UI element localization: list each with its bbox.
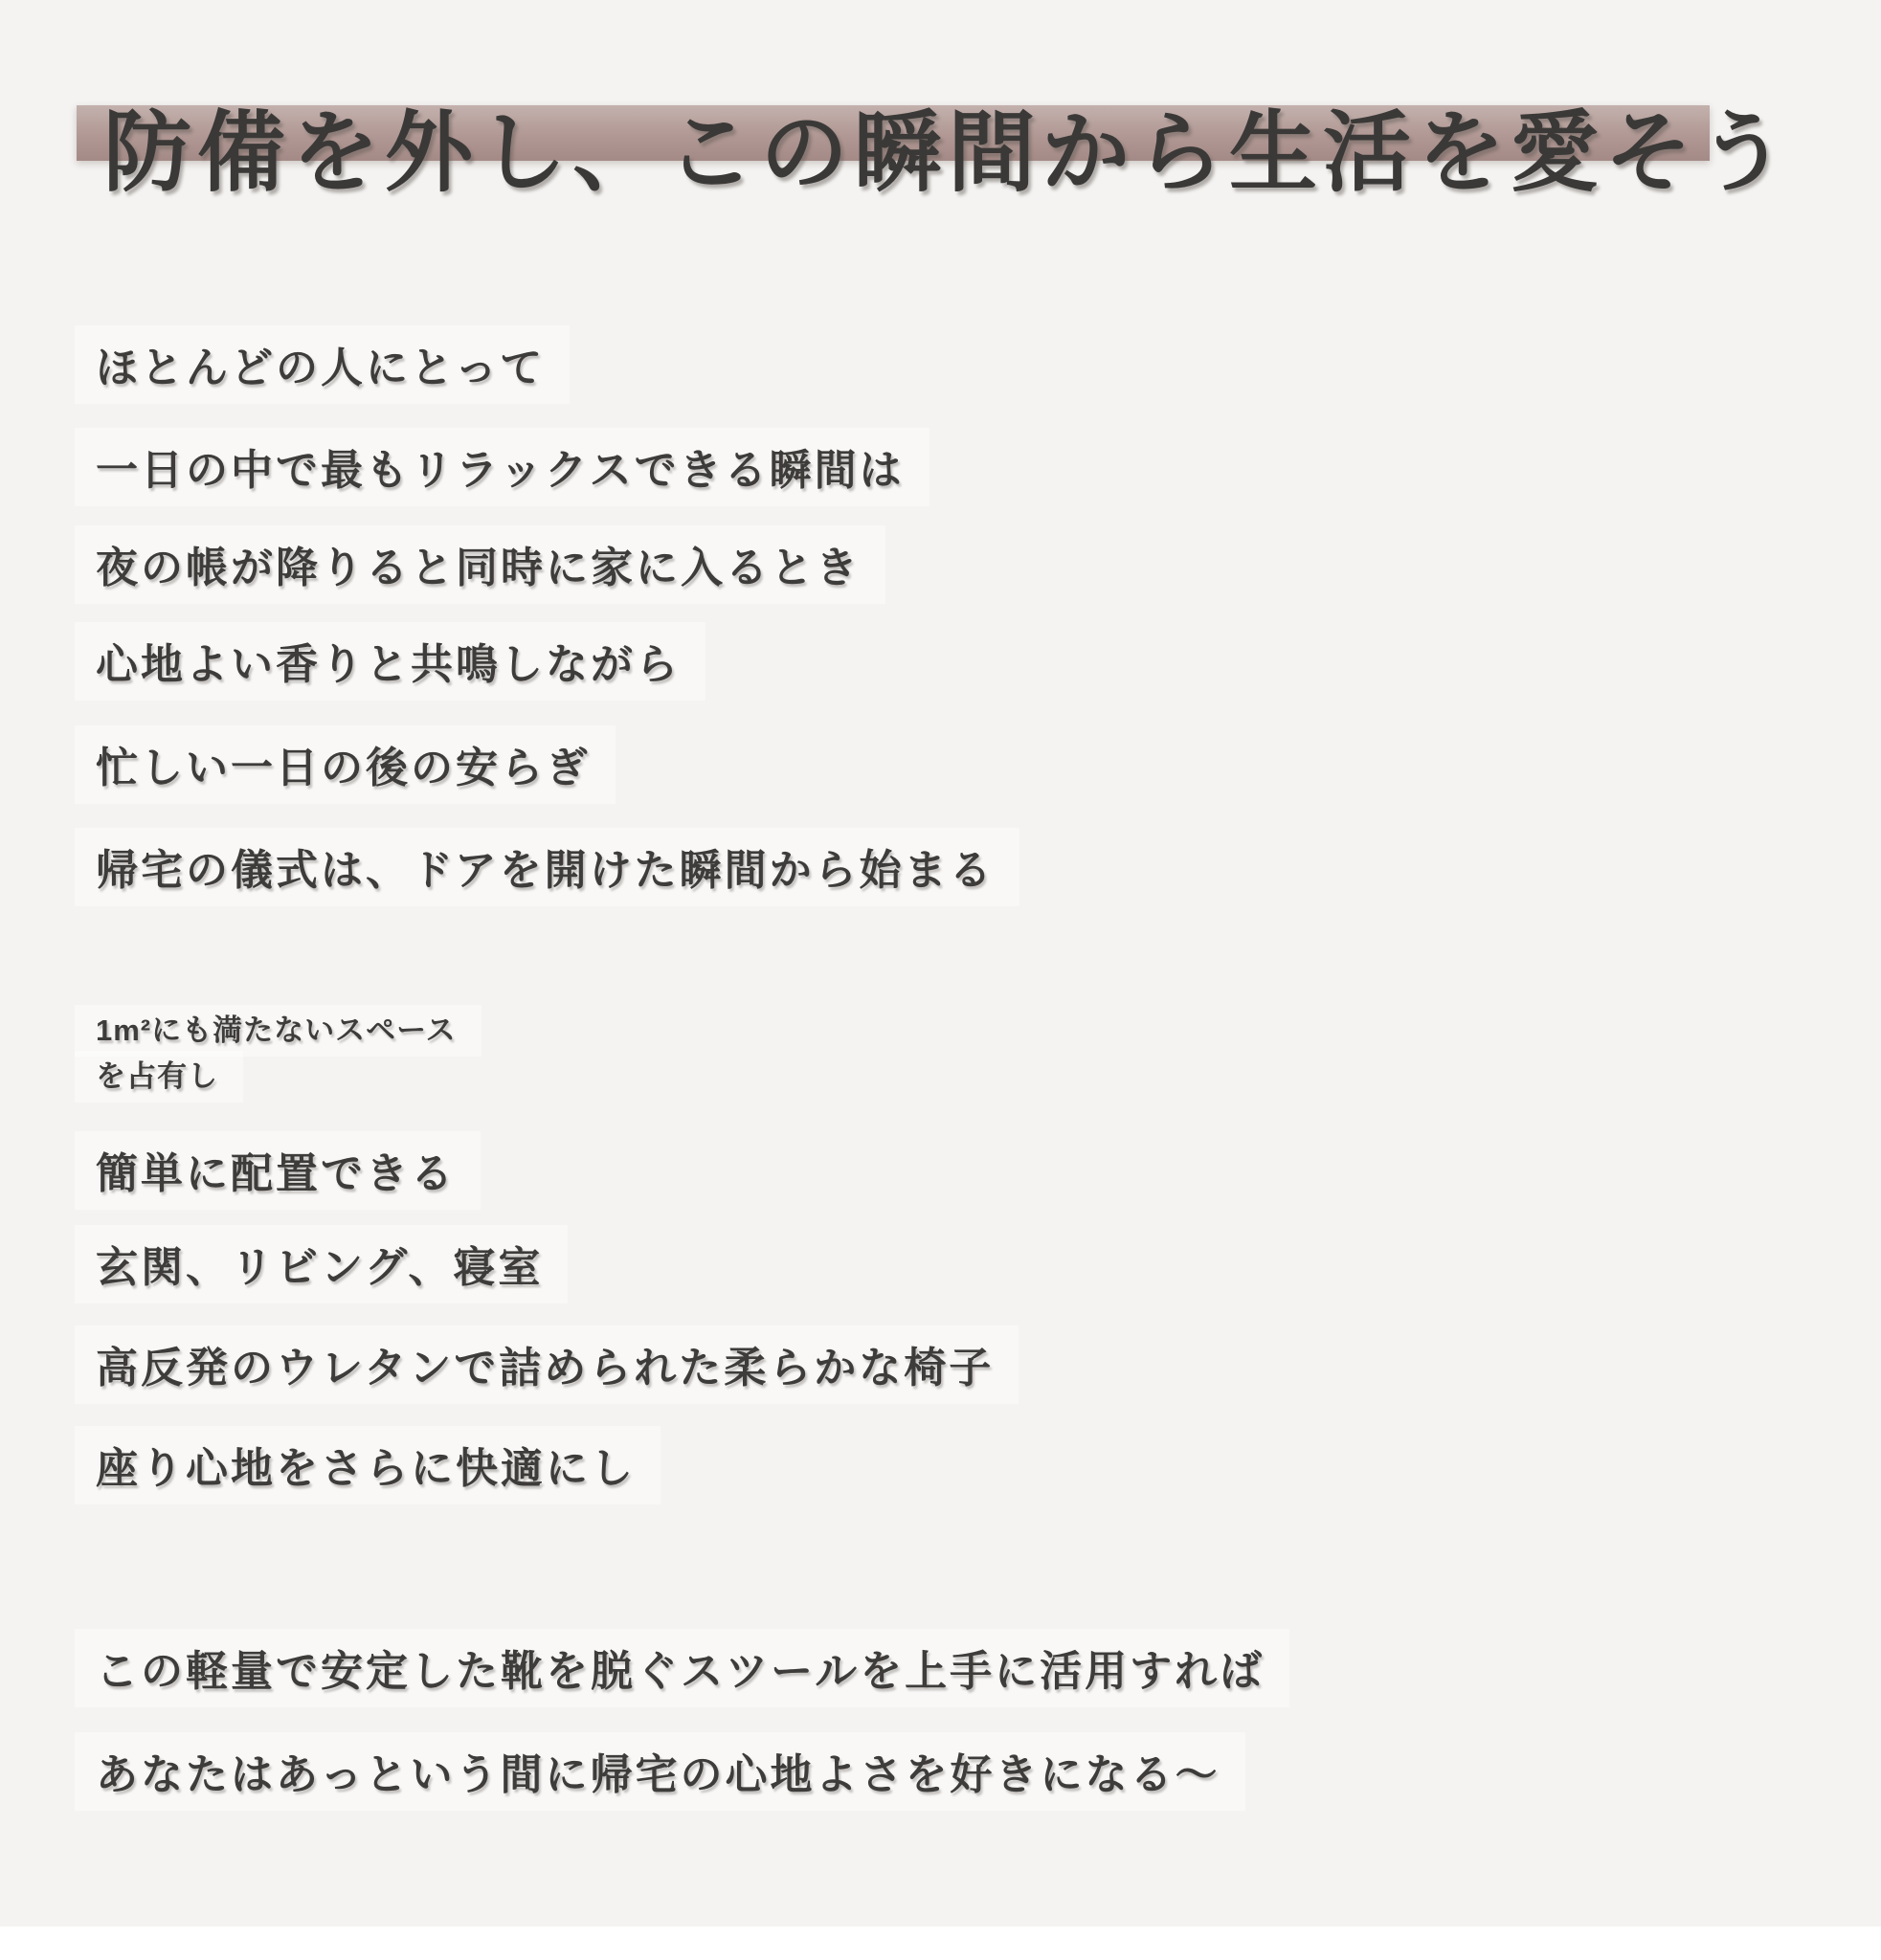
page-background: 防備を外し、この瞬間から生活を愛そう ほとんどの人にとって 一日の中で最もリラッ… (0, 0, 1881, 1927)
page-title: 防備を外し、この瞬間から生活を愛そう (103, 82, 1792, 209)
intro-line-4: 心地よい香りと共鳴しながら (75, 622, 705, 701)
outro-line-2: あなたはあっという間に帰宅の心地よさを好きになる〜 (75, 1732, 1245, 1811)
intro-line-5: 忙しい一日の後の安らぎ (75, 725, 616, 804)
intro-line-1: ほとんどの人にとって (75, 325, 570, 404)
feature-line-2: 玄関、リビング、寝室 (75, 1225, 568, 1303)
feature-small-note-line-1: 1m²にも満たないスペース (75, 1005, 481, 1057)
product-description-page: 防備を外し、この瞬間から生活を愛そう ほとんどの人にとって 一日の中で最もリラッ… (0, 0, 1881, 1960)
feature-line-3: 高反発のウレタンで詰められた柔らかな椅子 (75, 1325, 1019, 1404)
intro-line-3: 夜の帳が降りると同時に家に入るとき (75, 525, 885, 604)
feature-line-1: 簡単に配置できる (75, 1131, 481, 1210)
bottom-white-strip (0, 1927, 1881, 1960)
feature-small-note-line-2: を占有し (75, 1051, 243, 1102)
outro-line-1: この軽量で安定した靴を脱ぐスツールを上手に活用すれば (75, 1629, 1289, 1707)
intro-line-2: 一日の中で最もリラックスできる瞬間は (75, 428, 929, 506)
intro-line-6: 帰宅の儀式は、ドアを開けた瞬間から始まる (75, 828, 1019, 906)
feature-line-4: 座り心地をさらに快適にし (75, 1426, 661, 1504)
